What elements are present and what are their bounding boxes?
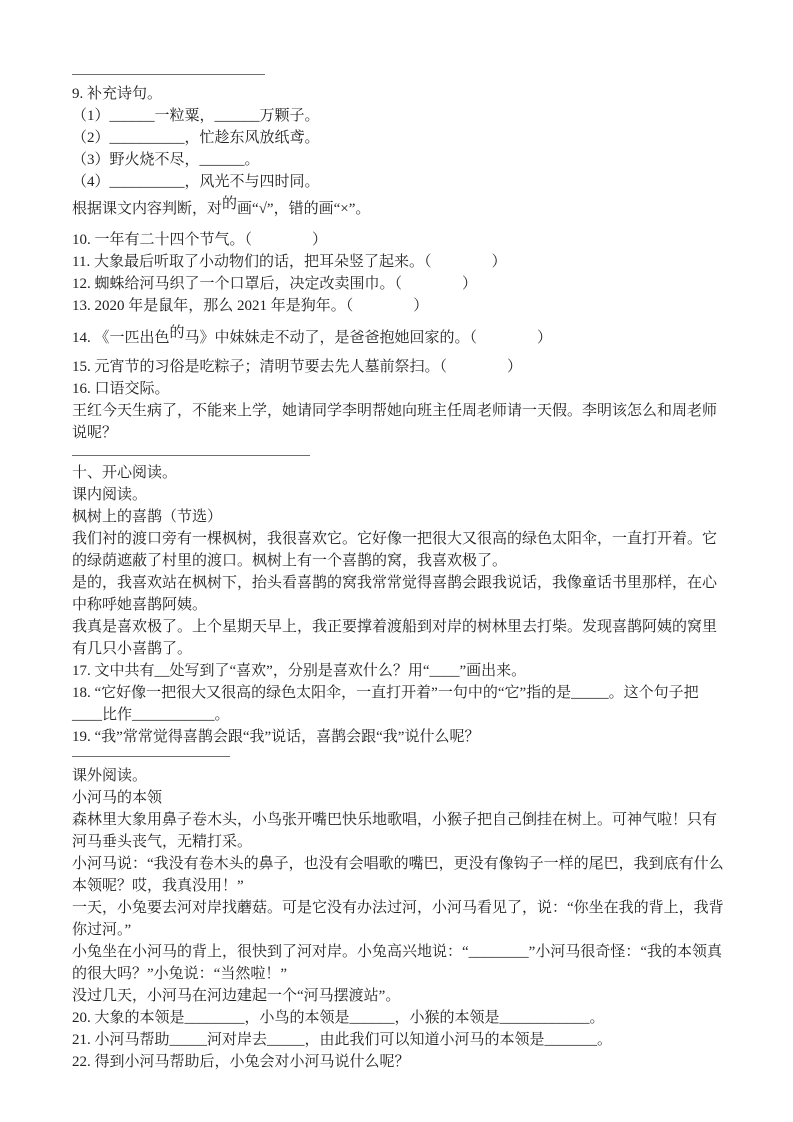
question-9-item-1: （1）______一粒粟，______万颗子。: [72, 105, 725, 127]
question-13: 13. 2020 年是鼠年，那么 2021 年是狗年。（ ）: [72, 295, 725, 317]
question-9-item-4: （4）__________，风光不与四时同。: [72, 171, 725, 193]
question-11: 11. 大象最后听取了小动物们的话，把耳朵竖了起来。（ ）: [72, 251, 725, 273]
answer-blank-line: [72, 455, 310, 456]
question-10: 10. 一年有二十四个节气。（ ）: [72, 229, 725, 251]
passage-paragraph: 我真是喜欢极了。上个星期天早上，我正要撑着渡船到对岸的树林里去打柴。发现喜鹊阿姨…: [72, 616, 725, 660]
question-18: 18. “它好像一把很大又很高的绿色太阳伞，一直打开着”一句中的“它”指的是__…: [72, 682, 725, 726]
reading1-label: 课内阅读。: [72, 484, 725, 506]
question-21: 21. 小河马帮助_____河对岸去_____，由此我们可以知道小河马的本领是_…: [72, 1029, 725, 1051]
passage-paragraph: 是的，我喜欢站在枫树下，抬头看喜鹊的窝我常常觉得喜鹊会跟我说话，我像童话书里那样…: [72, 572, 725, 616]
passage-paragraph: 森林里大象用鼻子卷木头，小鸟张开嘴巴快乐地歌唱，小猴子把自己倒挂在树上。可神气啦…: [72, 809, 725, 853]
question-16-title: 16. 口语交际。: [72, 378, 725, 400]
reading1-title: 枫树上的喜鹊（节选）: [72, 506, 725, 528]
worksheet-page: 9. 补充诗句。 （1）______一粒粟，______万颗子。 （2）____…: [0, 0, 793, 1122]
answer-blank-line: [72, 74, 265, 75]
answer-blank-line: [72, 756, 230, 757]
question-19: 19. “我”常常觉得喜鹊会跟“我”说话，喜鹊会跟“我”说什么呢？: [72, 726, 725, 748]
question-17: 17. 文中共有__处写到了“喜欢”，分别是喜欢什么？用“____”画出来。: [72, 660, 725, 682]
judge-instruction: 根据课文内容判断，对的画“√”，错的画“×”。: [72, 193, 725, 220]
question-12: 12. 蜘蛛给河马织了一个口罩后，决定改卖围巾。（ ）: [72, 273, 725, 295]
superscript-de: 的: [222, 196, 237, 212]
question-14-text-end: 马》中妹妹走不动了，是爸爸抱她回家的。（ ）: [185, 330, 553, 346]
judge-instruction-text: 根据课文内容判断，对: [72, 201, 222, 217]
question-22: 22. 得到小河马帮助后，小兔会对小河马说什么呢？: [72, 1051, 725, 1073]
section-ten-heading: 十、开心阅读。: [72, 462, 725, 484]
passage-paragraph: 没过几天，小河马在河边建起一个“河马摆渡站”。: [72, 985, 725, 1007]
question-9-item-2: （2）__________，忙趁东风放纸鸢。: [72, 127, 725, 149]
judge-instruction-text-end: 画“√”，错的画“×”。: [237, 201, 370, 217]
passage-paragraph: 我们衬的渡口旁有一棵枫树，我很喜欢它。它好像一把很大又很高的绿色太阳伞，一直打开…: [72, 528, 725, 572]
question-14-text: 14. 《一匹出色: [72, 330, 170, 346]
passage-paragraph: 一天，小兔要去河对岸找蘑菇。可是它没有办法过河，小河马看见了，说：“你坐在我的背…: [72, 897, 725, 941]
superscript-de: 的: [170, 325, 185, 341]
passage-paragraph: 小兔坐在小河马的背上，很快到了河对岸。小兔高兴地说：“________”小河马很…: [72, 941, 725, 985]
question-15: 15. 元宵节的习俗是吃粽子；清明节要去先人墓前祭扫。（ ）: [72, 356, 725, 378]
reading2-title: 小河马的本领: [72, 787, 725, 809]
question-9-item-3: （3）野火烧不尽，______。: [72, 149, 725, 171]
question-20: 20. 大象的本领是________，小鸟的本领是______，小猴的本领是__…: [72, 1007, 725, 1029]
question-16-prompt: 王红今天生病了，不能来上学，她请同学李明帮她向班主任周老师请一天假。李明该怎么和…: [72, 400, 725, 444]
reading2-label: 课外阅读。: [72, 765, 725, 787]
passage-paragraph: 小河马说：“我没有卷木头的鼻子，也没有会唱歌的嘴巴，更没有像钩子一样的尾巴，我到…: [72, 853, 725, 897]
question-14: 14. 《一匹出色的马》中妹妹走不动了，是爸爸抱她回家的。（ ）: [72, 322, 725, 349]
question-9-title: 9. 补充诗句。: [72, 83, 725, 105]
